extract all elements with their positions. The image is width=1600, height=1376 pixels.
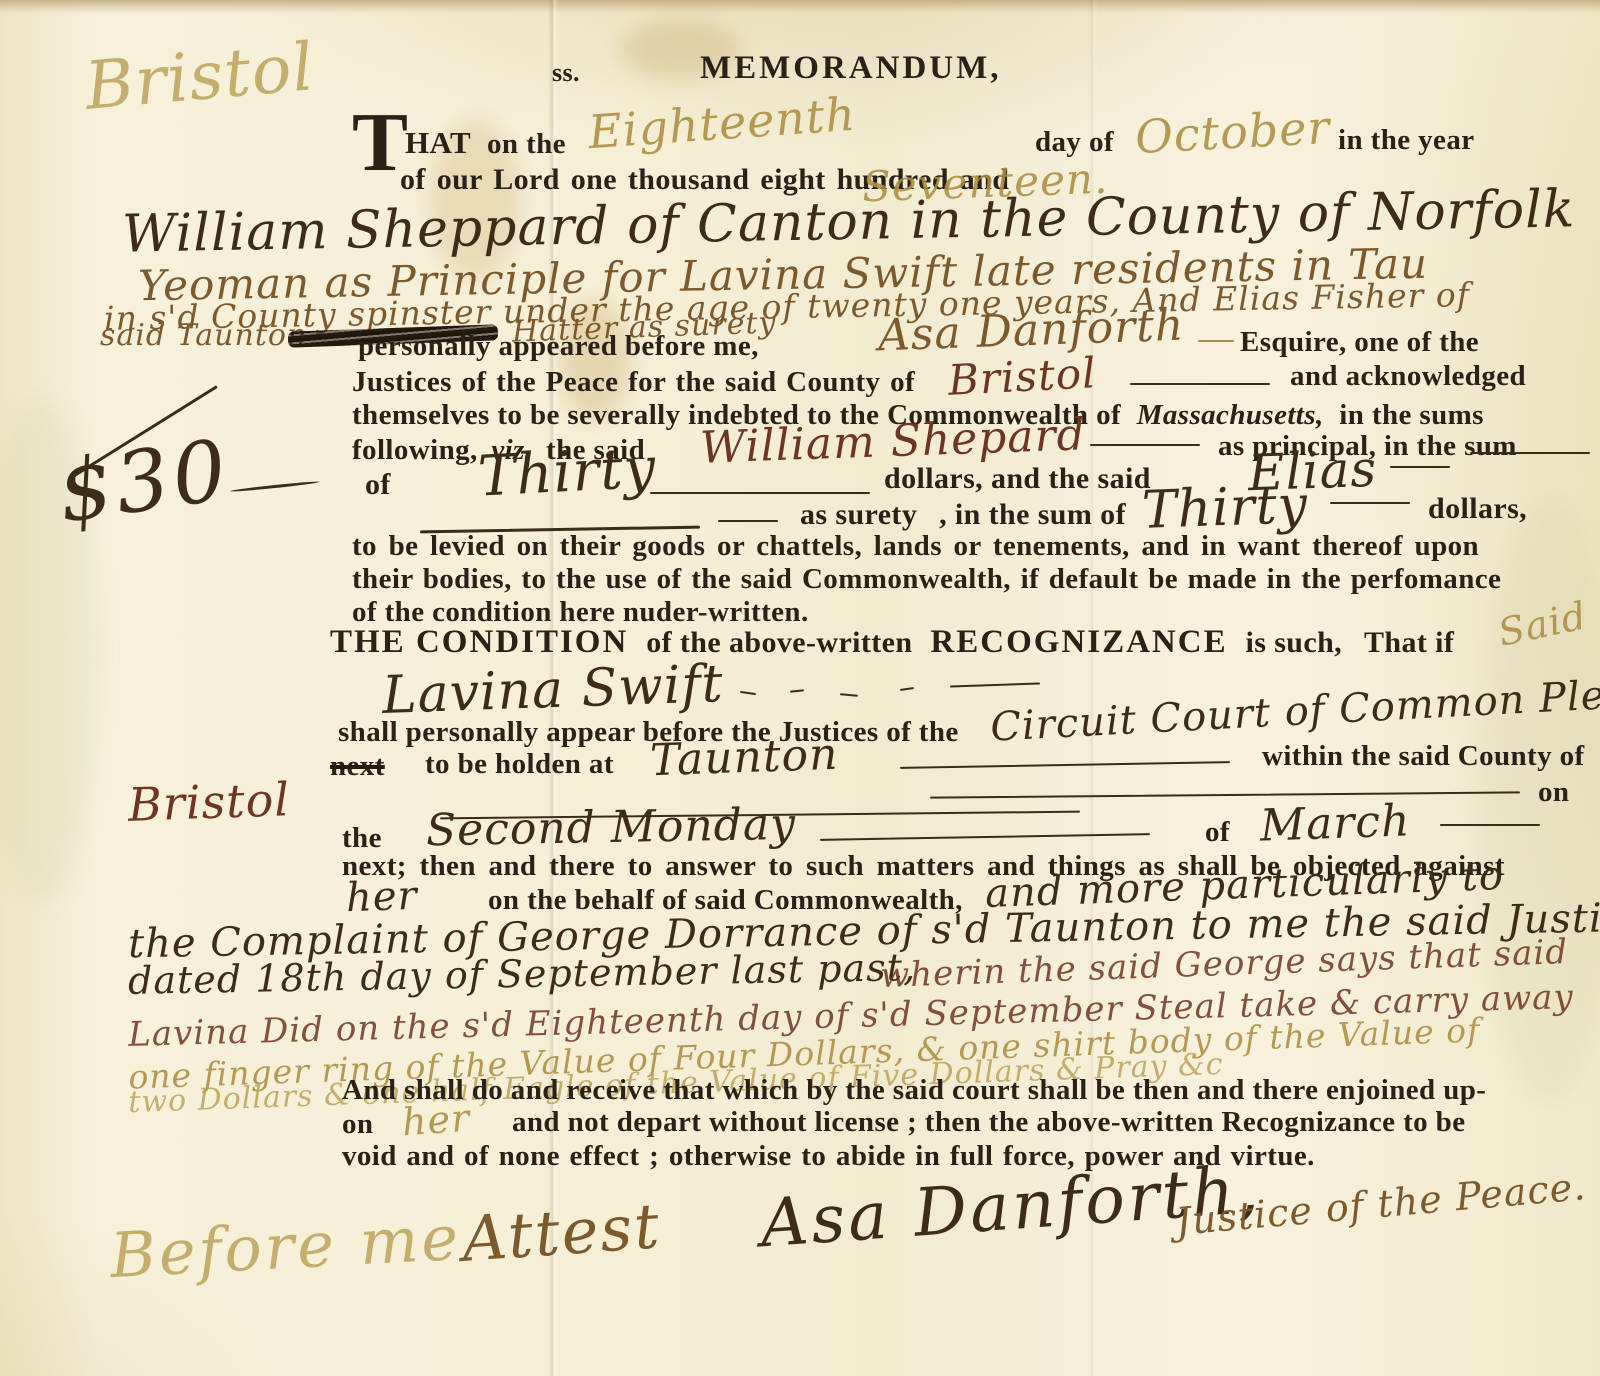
levy-line-2: their bodies, to the use of the said Com… <box>352 563 1501 596</box>
county-2-fill: Bristol <box>127 772 291 832</box>
month-fill: October <box>1134 100 1332 164</box>
flourish-stroke <box>230 480 320 492</box>
esquire-line: Esquire, one of the <box>1240 326 1479 359</box>
paper-top-edge <box>0 0 1600 14</box>
rule-line <box>1130 383 1270 385</box>
acknowledged-line: and acknowledged <box>1290 360 1526 393</box>
closing-line-2: and not depart without license ; then th… <box>512 1106 1465 1139</box>
month-2-fill: March <box>1259 795 1411 851</box>
rule-line <box>650 492 870 494</box>
town-fill: Taunton <box>649 729 839 787</box>
recognizance-word: RECOGNIZANCE <box>930 624 1227 661</box>
her-fill-1: her <box>345 873 418 921</box>
in-the-year: in the year <box>1338 124 1475 157</box>
her-fill-2: her <box>401 1096 472 1145</box>
rule-line <box>1198 340 1234 342</box>
appeared-line: personally appeared before me, <box>358 330 759 363</box>
rule-line <box>1470 452 1590 454</box>
in-sum-of: , in the sum of <box>939 498 1126 532</box>
before-me-hw: Before me <box>108 1201 462 1292</box>
dollars-and-line: dollars, and the said <box>884 462 1151 496</box>
that-word: HAT <box>405 125 471 161</box>
holden-at: to be holden at <box>425 748 614 781</box>
pen-dash <box>790 689 804 692</box>
attest-hw: Attest <box>460 1189 664 1276</box>
in-the-sums: in the sums <box>1339 399 1484 432</box>
levy-line-1: to be levied on their goods or chattels,… <box>352 530 1479 563</box>
document-title: MEMORANDUM, <box>700 50 1002 87</box>
is-such: is such, <box>1246 626 1343 660</box>
on-the: on the <box>487 128 566 161</box>
rule-line <box>1090 444 1200 446</box>
pen-dash <box>950 682 1040 687</box>
closing-line-1: And shall do and receive that which by t… <box>342 1074 1486 1107</box>
ss-abbreviation: ss. <box>552 58 580 88</box>
as-surety: as surety <box>800 498 917 532</box>
of-word: of <box>365 468 391 502</box>
within-county: within the said County of <box>1262 740 1585 773</box>
the-condition-heading: THE CONDITION <box>330 624 628 661</box>
court-day-fill: Second Monday <box>426 799 797 856</box>
dollars-2: dollars, <box>1428 492 1527 526</box>
rule-line <box>900 761 1230 769</box>
struck-next: next <box>330 750 385 783</box>
following-word: following, <box>352 434 478 467</box>
of-2: of <box>1205 816 1230 849</box>
recognizance-document: Bristol ss. MEMORANDUM, T HAT on the Eig… <box>0 0 1600 1376</box>
rule-line <box>930 791 1520 798</box>
county-fill: Bristol <box>947 348 1098 405</box>
rule-line <box>1390 466 1450 468</box>
rule-line <box>718 520 778 522</box>
pen-dash <box>740 691 756 695</box>
parties-line-4a: said Taunton <box>100 318 307 353</box>
pen-dash <box>840 693 858 697</box>
on-word: on <box>1538 776 1569 809</box>
massachusetts-italic: Massachusetts, <box>1137 399 1324 432</box>
appear-line: shall personally appear before the Justi… <box>338 716 959 749</box>
county-heading-handwritten: Bristol <box>82 28 317 125</box>
amount-1-fill: Thirty <box>476 435 657 509</box>
pen-dash <box>900 687 914 691</box>
margin-amount: $30 <box>52 420 236 541</box>
rule-line <box>1330 502 1410 504</box>
day-fill: Eighteenth <box>586 87 857 160</box>
rule-line <box>820 833 1150 841</box>
justices-line: Justices of the Peace for the said Count… <box>352 366 915 399</box>
that-if: That if <box>1364 626 1454 660</box>
rule-line <box>1440 824 1540 826</box>
on-3: on <box>342 1108 373 1141</box>
